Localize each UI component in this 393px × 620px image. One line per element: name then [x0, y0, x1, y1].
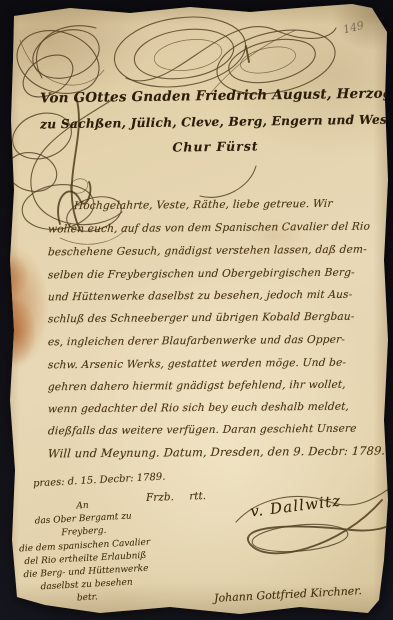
header-line-territories: zu Sachßen, Jülich, Cleve, Berg, Engern …	[40, 112, 391, 132]
photo-background: 149 Von GOttes Gnaden Friedrich August, …	[0, 0, 393, 620]
body-line: schw. Arsenic Werks, gestattet werden mö…	[48, 357, 347, 372]
body-line: beschehene Gesuch, gnädigst verstehen la…	[48, 244, 368, 259]
header-line-electoral-title: Chur Fürst	[40, 137, 391, 157]
body-line: gehren dahero hiermit gnädigst befehlend…	[48, 379, 347, 394]
body-line: es, ingleichen derer Blaufarbenwerke und…	[48, 334, 346, 349]
header-line-titulature: Von GOttes Gnaden Friedrich August, Herz…	[40, 86, 391, 107]
body-line: dießfalls das weitere verfügen. Daran ge…	[48, 423, 357, 438]
body-line: wenn gedachter del Rio sich bey euch des…	[48, 401, 350, 416]
archival-page-number: 149	[342, 19, 366, 37]
body-line: und Hüttenwerke daselbst zu besehen, jed…	[48, 289, 353, 304]
dateline: Will und Meynung. Datum, Dresden, den 9.…	[47, 444, 385, 461]
signature-secondary: Johann Gottfried Kirchner.	[214, 584, 362, 605]
address-margin-note: An das Ober Bergamt zu Freyberg. die dem…	[3, 496, 166, 610]
body-line: selben die Freybergischen und Obergebirg…	[48, 267, 356, 282]
body-line: schluß des Schneeberger und übrigen Koba…	[48, 311, 355, 326]
swash-flourish-icon	[200, 166, 256, 197]
signature-primary: v. Dallwitz	[249, 491, 342, 520]
body-line: Hochgelahrte, Veste, Räthe, liebe getreu…	[74, 198, 333, 212]
manuscript-paper: 149 Von GOttes Gnaden Friedrich August, …	[0, 0, 393, 620]
manuscript-paper-shadow: 149 Von GOttes Gnaden Friedrich August, …	[0, 0, 393, 620]
praesentatum-note: praes: d. 15. Decbr: 1789.	[33, 472, 166, 490]
body-line: wollen euch, auf das von dem Spanischen …	[48, 221, 371, 236]
